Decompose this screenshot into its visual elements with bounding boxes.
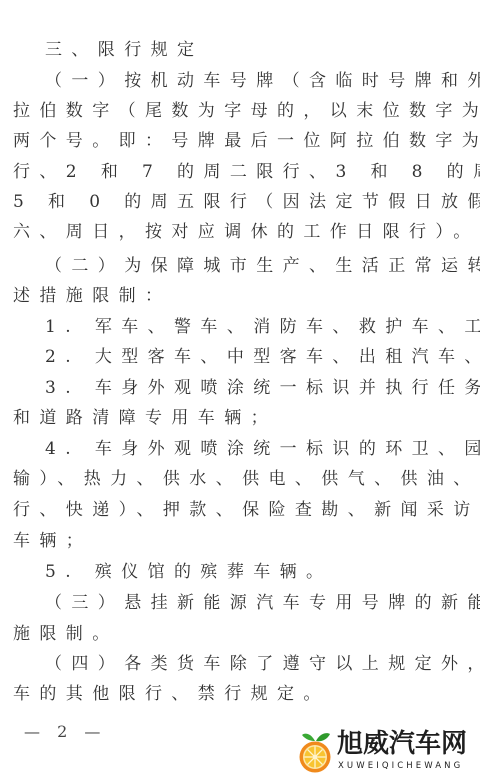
paragraph-line: （四）各类货车除了遵守以上规定外，还应遵守郑州市对货 <box>45 649 480 679</box>
list-item-continuation: 输）、热力、供水、供电、供气、供油、通信、邮政（含报刊发 <box>13 464 480 494</box>
list-item-continuation: 和道路清障专用车辆； <box>13 403 480 433</box>
list-item-continuation: 行、快递）、押款、保险查勘、新闻采访、医疗废物转运等专用 <box>13 495 480 525</box>
paragraph-line: （三）悬挂新能源汽车专用号牌的新能源汽车，不受上述措 <box>45 588 480 618</box>
paragraph-line: 车的其他限行、禁行规定。 <box>13 679 480 709</box>
paragraph-line: （一）按机动车号牌（含临时号牌和外地号牌）最后一位阿 <box>45 66 480 96</box>
paragraph-line: 施限制。 <box>13 619 480 649</box>
paragraph-line: 两个号。即：号牌最后一位阿拉伯数字为 1 和 6 的机动车周一限 <box>13 126 480 156</box>
logo-title: 旭威汽车网 <box>337 729 467 759</box>
section-heading: 三、限行规定 <box>45 35 480 65</box>
paragraph-line: 六、周日，按对应调休的工作日限行）。 <box>13 217 480 247</box>
list-item: 4. 车身外观喷涂统一标识的环卫、园林、市政（含污泥运 <box>45 434 480 464</box>
list-item: 2. 大型客车、中型客车、出租汽车、校车； <box>45 342 480 372</box>
list-item: 3. 车身外观喷涂统一标识并执行任务的各类行政执法车辆 <box>45 373 480 403</box>
list-item: 1. 军车、警车、消防车、救护车、工程救险车； <box>45 312 480 342</box>
page-number: — 2 — <box>24 722 106 741</box>
document-page: 三、限行规定 （一）按机动车号牌（含临时号牌和外地号牌）最后一位阿 拉伯数字（尾… <box>0 0 480 775</box>
list-item-continuation: 车辆； <box>13 526 480 556</box>
paragraph-line: 拉伯数字（尾数为字母的，以末位数字为准），工作日每天限行 <box>13 96 480 126</box>
paragraph-line: （二）为保障城市生产、生活正常运转，以下机动车不受上 <box>45 251 480 281</box>
paragraph-line: 述措施限制： <box>13 281 480 311</box>
logo-subtitle: XUWEIQICHEWANG <box>338 761 463 771</box>
list-item: 5. 殡仪馆的殡葬车辆。 <box>45 557 480 587</box>
paragraph-line: 5 和 0 的周五限行（因法定节假日放假调休而调整为上班的周 <box>13 187 480 217</box>
orange-slice-icon <box>298 728 334 774</box>
paragraph-line: 行、2 和 7 的周二限行、3 和 8 的周三限行、4 和 9 的周四限行、 <box>13 157 480 187</box>
watermark-logo: 旭威汽车网 XUWEIQICHEWANG <box>298 728 478 775</box>
